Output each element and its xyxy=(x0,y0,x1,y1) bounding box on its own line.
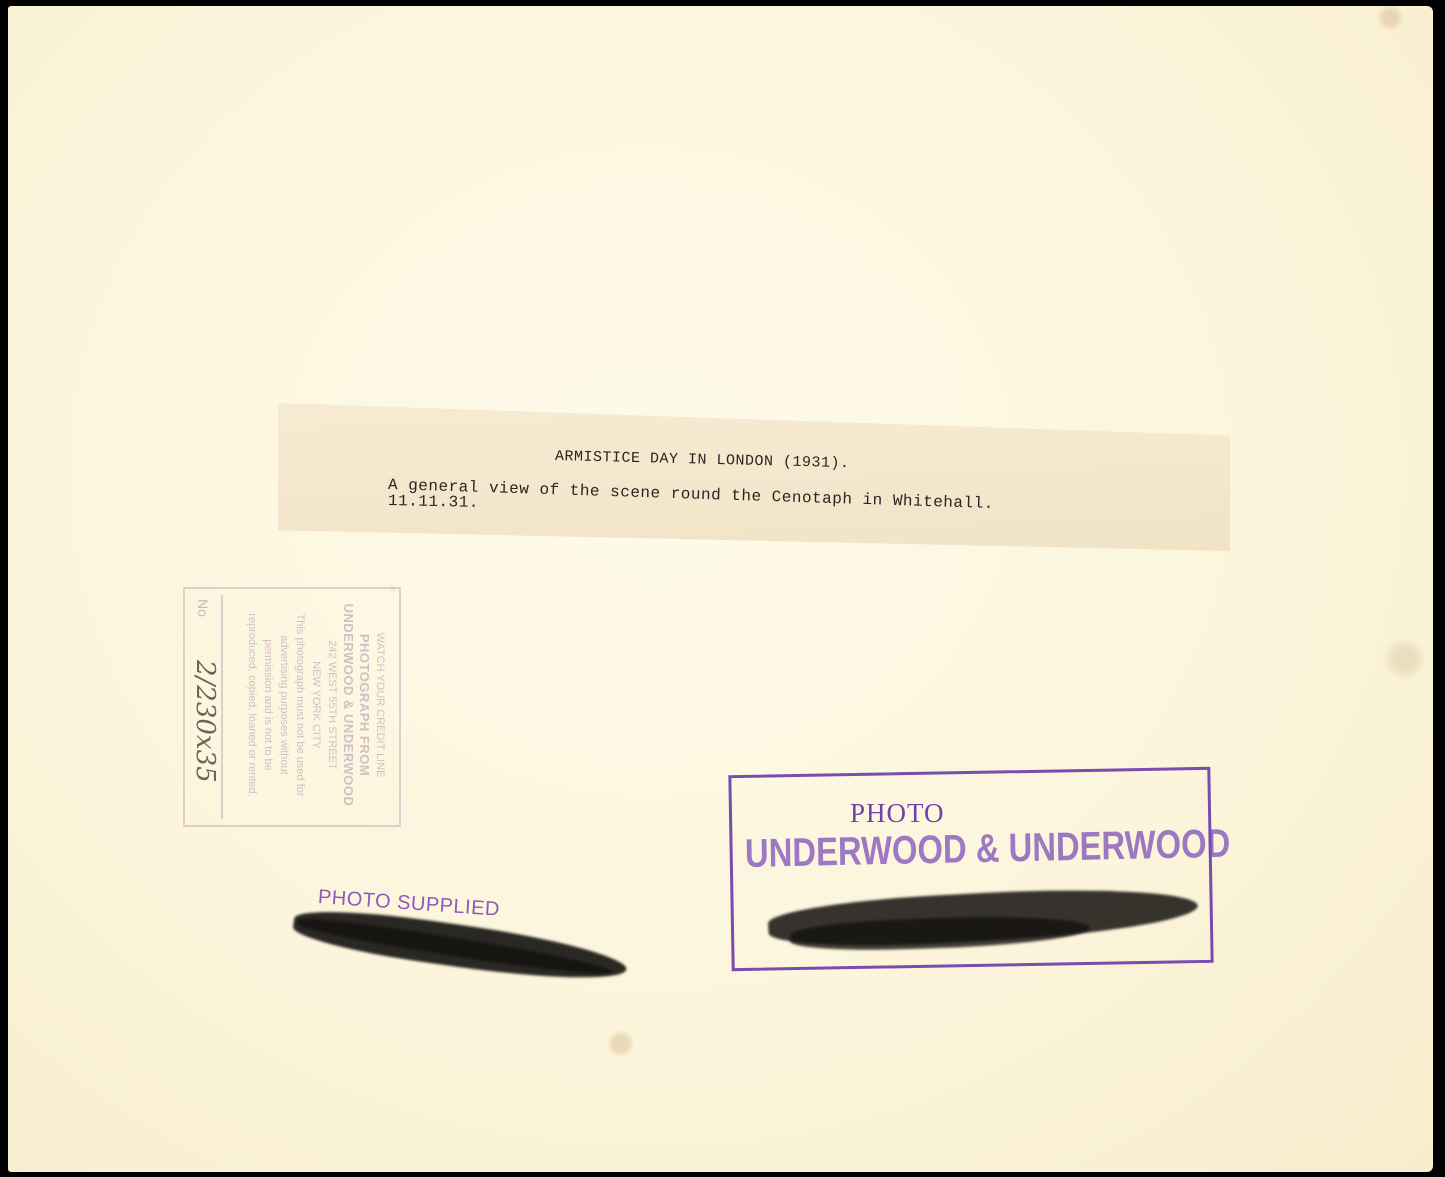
credit-stamp-line: 242 WEST 55TH STREET xyxy=(324,592,340,818)
credit-stamp-line: This photograph must not be used for xyxy=(292,592,308,818)
caption-date: 11.11.31. xyxy=(388,492,479,512)
credit-stamp-line: advertising purposes without xyxy=(276,592,292,818)
credit-stamp-number-label: No xyxy=(195,599,211,617)
credit-stamp-line: permission and is not to be xyxy=(260,592,276,818)
credit-stamp-line: UNDERWOOD & UNDERWOOD xyxy=(340,592,356,818)
credit-stamp-line: WATCH YOUR CREDIT LINE xyxy=(372,592,388,818)
credit-stamp-line: NEW YORK CITY xyxy=(308,592,324,818)
credit-stamp-line: reproduced, copied, loaned or rented. xyxy=(244,592,260,818)
credit-stamp-line: PHOTOGRAPH FROM xyxy=(356,592,372,818)
agency-stamp-label: PHOTO xyxy=(850,798,945,829)
handwritten-pencil-note: 2/230x35 xyxy=(190,660,220,783)
credit-stamp-text: WATCH YOUR CREDIT LINE PHOTOGRAPH FROM U… xyxy=(218,592,388,818)
